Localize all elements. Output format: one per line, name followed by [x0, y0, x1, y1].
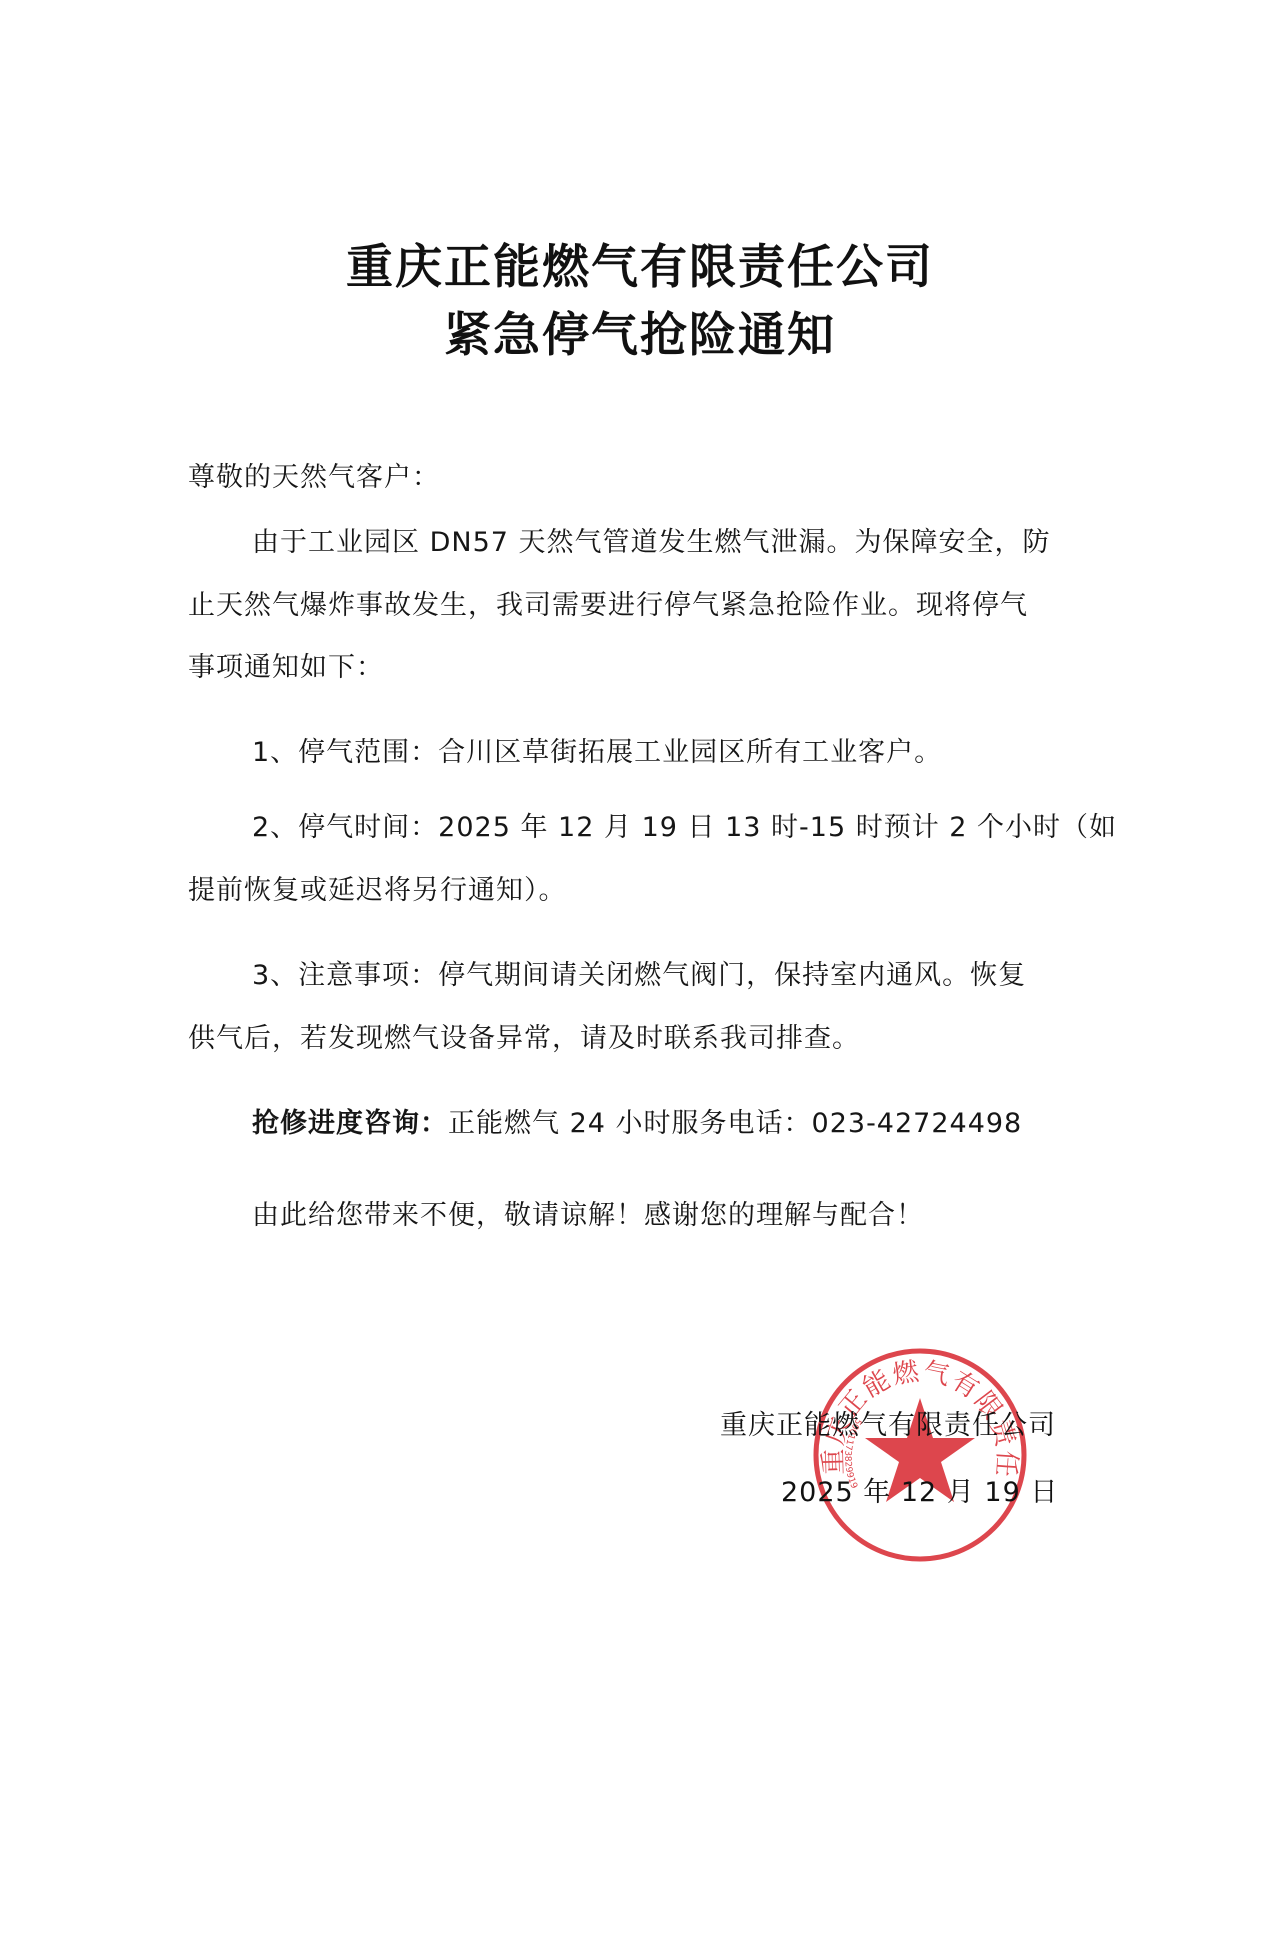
- signature-date: 2025 年 12 月 19 日: [781, 1470, 1058, 1509]
- item-3-notes-line-2: 供气后，若发现燃气设备异常，请及时联系我司排查。: [188, 1016, 860, 1055]
- item-1-scope: 1、停气范围：合川区草街拓展工业园区所有工业客户。: [252, 730, 942, 769]
- salutation: 尊敬的天然气客户：: [188, 455, 440, 494]
- hotline-phone: 023-42724498: [812, 1108, 1023, 1139]
- hotline-label: 抢修进度咨询：: [252, 1108, 448, 1139]
- notice-page: 重庆正能燃气有限责任公司 紧急停气抢险通知 尊敬的天然气客户： 由于工业园区 D…: [0, 0, 1280, 1949]
- intro-line-2: 止天然气爆炸事故发生，我司需要进行停气紧急抢险作业。现将停气: [188, 583, 1028, 622]
- intro-line-1: 由于工业园区 DN57 天然气管道发生燃气泄漏。为保障安全，防: [252, 520, 1051, 559]
- item-2-time-line-1: 2、停气时间：2025 年 12 月 19 日 13 时-15 时预计 2 个小…: [252, 805, 1117, 844]
- seal-icon: 重庆正能燃气有限责任公司 5001173829919: [805, 1340, 1035, 1570]
- signature-company: 重庆正能燃气有限责任公司: [720, 1403, 1056, 1442]
- item-3-notes-line-1: 3、注意事项：停气期间请关闭燃气阀门，保持室内通风。恢复: [252, 953, 1026, 992]
- company-seal-stamp: 重庆正能燃气有限责任公司 5001173829919: [805, 1340, 1035, 1570]
- intro-line-3: 事项通知如下：: [188, 645, 384, 684]
- closing-remark: 由此给您带来不便，敬请谅解！感谢您的理解与配合！: [252, 1193, 924, 1232]
- hotline: 抢修进度咨询：正能燃气 24 小时服务电话：023-42724498: [252, 1101, 1022, 1140]
- notice-title: 紧急停气抢险通知: [0, 298, 1280, 365]
- company-title: 重庆正能燃气有限责任公司: [0, 230, 1280, 297]
- item-2-time-line-2: 提前恢复或延迟将另行通知）。: [188, 868, 567, 907]
- hotline-text: 正能燃气 24 小时服务电话：: [448, 1108, 812, 1139]
